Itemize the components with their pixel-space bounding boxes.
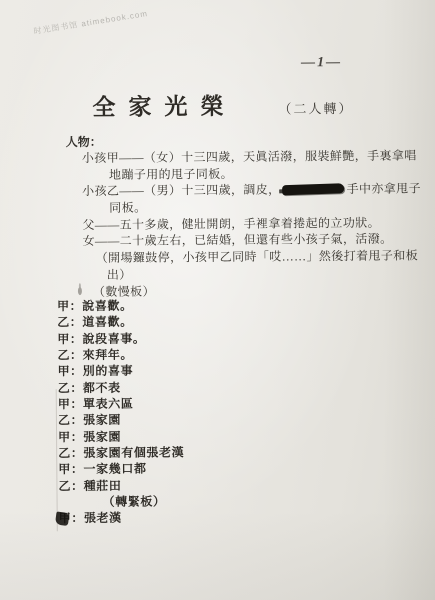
ink-smudge bbox=[78, 287, 82, 295]
dialogue-line: 甲：說段喜事。 bbox=[57, 330, 183, 347]
script-title: 全家光榮 bbox=[92, 88, 236, 122]
cast-heading: 人物： bbox=[66, 133, 102, 150]
dialogue-line: 乙：張家園有個張老漢 bbox=[58, 444, 184, 461]
cast-line: 小孩甲——（女）十三四歲，天眞活潑，服裝鮮艷，手裏拿唱 bbox=[82, 147, 434, 166]
dialogue-line: 甲：張老漢 bbox=[59, 510, 185, 527]
dialogue-line: 甲：別的喜事 bbox=[57, 363, 183, 380]
cast-line: 小孩乙——（男）十三四歲，調皮，手中亦拿甩子 bbox=[82, 181, 434, 200]
page-number: —1— bbox=[301, 55, 342, 71]
dialogue-block: 甲：說喜歡。乙：道喜歡。甲：說段喜事。乙：來拜年。甲：別的喜事乙：都不表甲：單表… bbox=[57, 297, 185, 527]
cast-line-text: 手中亦拿甩子 bbox=[346, 182, 421, 197]
page-content: —1— 全家光榮 （二人轉） 人物： 小孩甲——（女）十三四歲，天眞活潑，服裝鮮… bbox=[0, 0, 435, 600]
dialogue-line: （轉緊板） bbox=[103, 493, 185, 510]
dialogue-line: 乙：都不表 bbox=[58, 379, 184, 396]
dialogue-line: 甲：張家園 bbox=[58, 428, 184, 445]
dialogue-line: 甲：單表六區 bbox=[58, 395, 184, 412]
redaction-mark bbox=[282, 184, 344, 196]
cast-line-text: 小孩乙——（男）十三四歲，調皮， bbox=[82, 183, 281, 199]
dialogue-line: 乙：張家園 bbox=[58, 412, 184, 429]
cast-list: 小孩甲——（女）十三四歲，天眞活潑，服裝鮮艷，手裏拿唱 地蹦子用的甩子同板。 小… bbox=[0, 147, 435, 301]
scanned-script-page: 时光图书馆 atimebook.com —1— 全家光榮 （二人轉） 人物： 小… bbox=[0, 0, 435, 600]
dialogue-line: 乙：來拜年。 bbox=[57, 346, 183, 363]
dialogue-line: 甲：一家幾口都 bbox=[58, 461, 184, 478]
dialogue-line: 甲：說喜歡。 bbox=[57, 297, 183, 314]
script-genre-label: （二人轉） bbox=[278, 98, 353, 118]
dialogue-line: 乙：種莊田 bbox=[58, 477, 184, 494]
dialogue-line: 乙：道喜歡。 bbox=[57, 314, 183, 331]
stage-direction-line: （開場鑼鼓停，小孩甲乙同時「哎……」然後打着甩子和板 bbox=[96, 247, 435, 266]
